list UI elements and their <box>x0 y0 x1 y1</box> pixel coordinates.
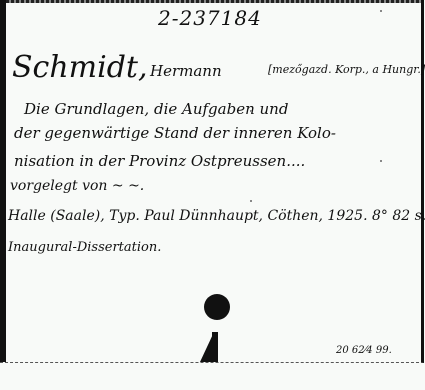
catalog-card: 2-237184 Schmidt, Hermann [mezőgazd. Kor… <box>0 0 424 363</box>
dissertation-note: Inaugural-Dissertation. <box>8 240 161 255</box>
title-line-2: der gegenwärtige Stand der inneren Kolo- <box>14 124 336 142</box>
title-line-4: vorgelegt von ~ ~. <box>10 178 144 194</box>
author-note: [mezőgazd. Korp., a Hungr.] <box>268 63 425 76</box>
imprint: Halle (Saale), Typ. Paul Dünnhaupt, Cöth… <box>8 208 425 224</box>
speck <box>380 10 382 12</box>
call-number: 2-237184 <box>158 6 262 30</box>
accession-number: 20 62⁄4 99. <box>336 345 392 356</box>
card-tab-stem <box>212 332 218 362</box>
speck <box>250 110 252 112</box>
author-forename: Hermann <box>150 62 222 80</box>
card-top-edge <box>6 0 421 3</box>
card-left-edge <box>0 0 6 362</box>
speck <box>250 200 252 202</box>
author-surname: Schmidt, <box>12 50 148 85</box>
speck <box>380 160 382 162</box>
title-line-3: nisation in der Provinz Ostpreussen.... <box>14 152 305 170</box>
title-line-1: Die Grundlagen, die Aufgaben und <box>24 100 288 118</box>
punch-hole-icon <box>204 294 230 320</box>
